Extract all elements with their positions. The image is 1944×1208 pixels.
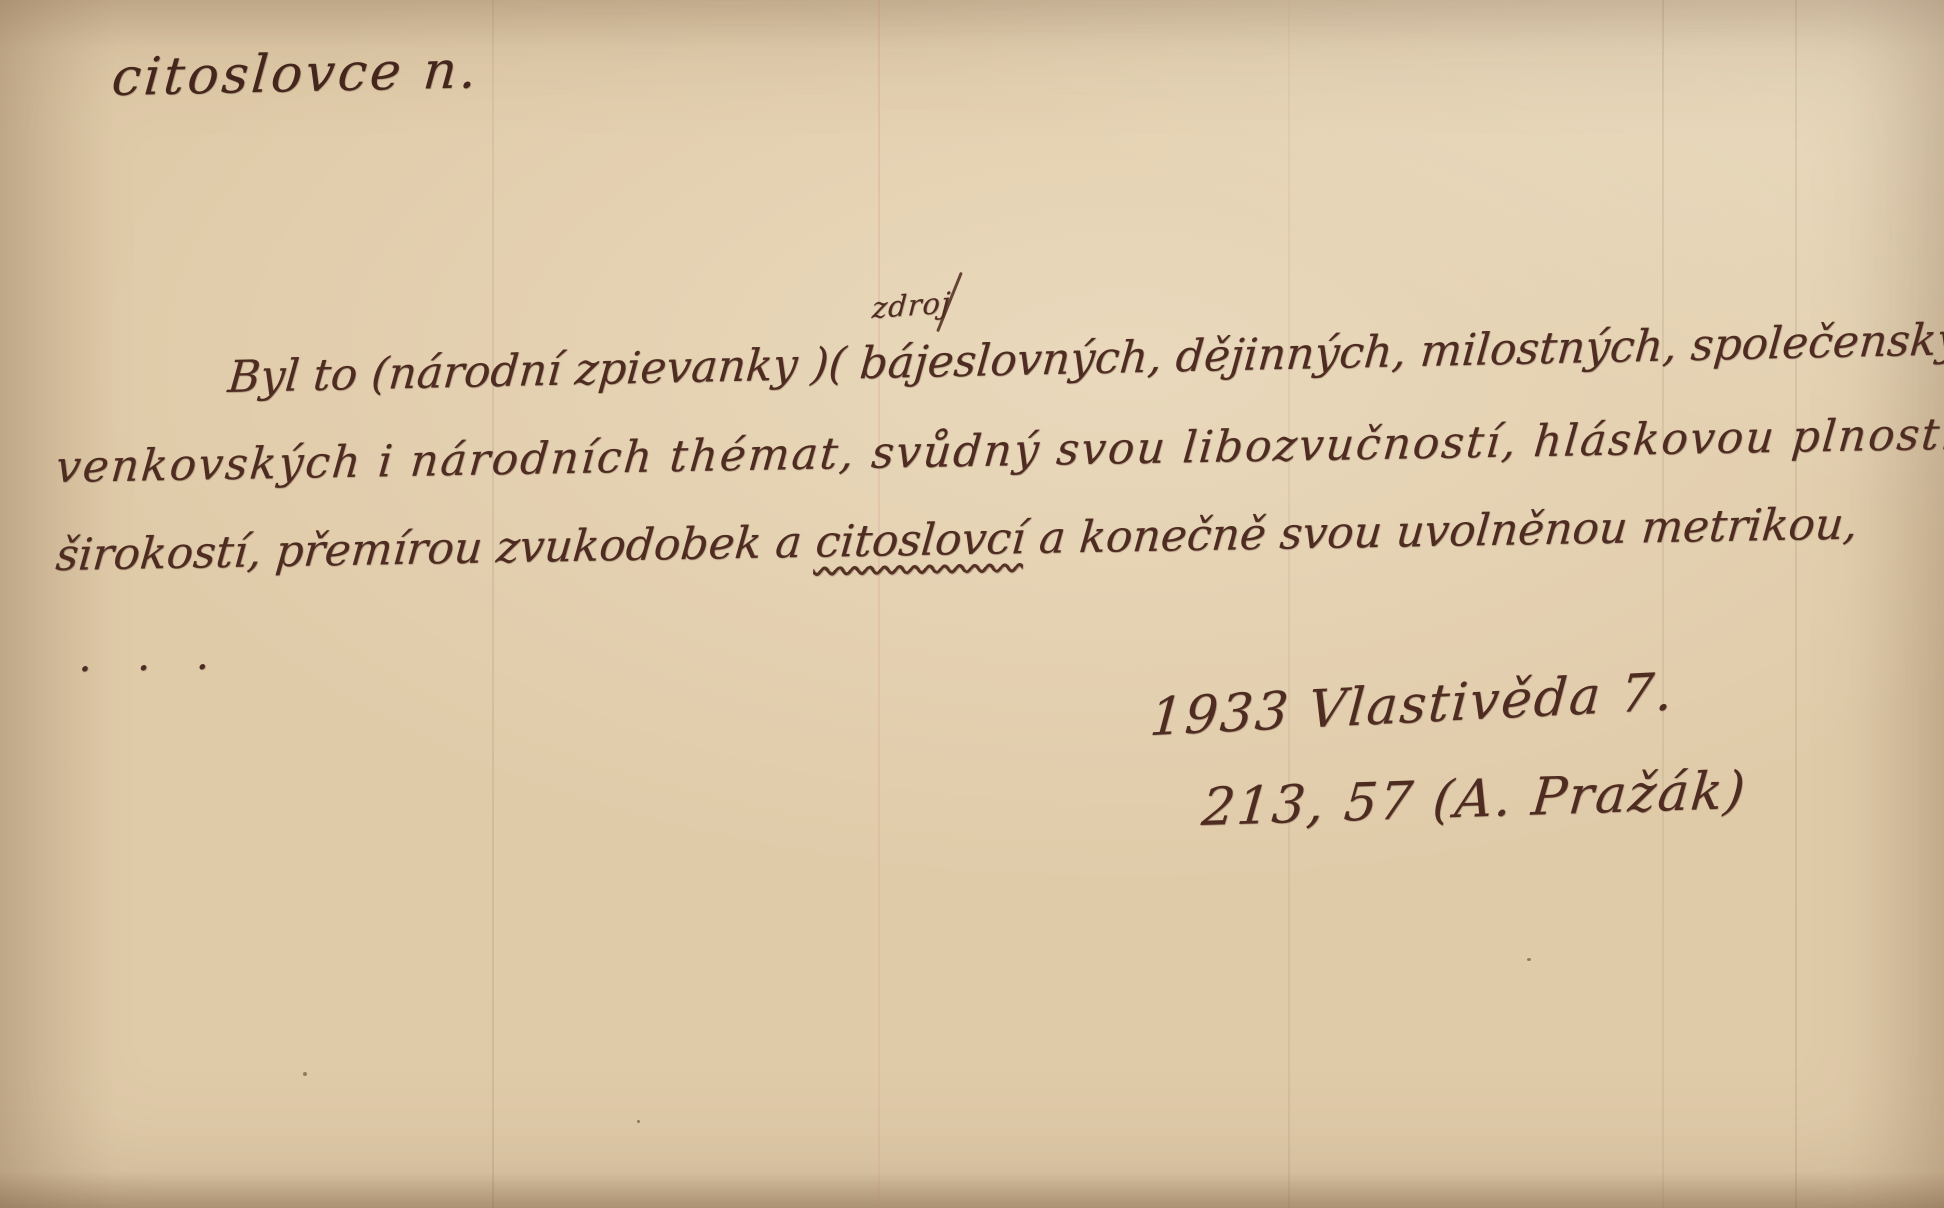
ink-speck: [1527, 958, 1531, 961]
superscript-insertion-note: zdroj: [871, 288, 952, 323]
card-heading: citoslovce n.: [110, 44, 482, 104]
body-line-3: širokostí, přemírou zvukodobek a citoslo…: [54, 503, 1859, 579]
citation-year-source: 1933 Vlastivěda 7.: [1148, 666, 1676, 744]
paper-crease: [1662, 0, 1664, 1208]
body-line-3-after: a konečně svou uvolněnou metrikou,: [1023, 499, 1860, 565]
ink-speck: [637, 1120, 640, 1123]
paper-crease: [1288, 0, 1290, 1208]
paper-crease: [492, 0, 494, 1208]
underlined-word-citoslovci: citoslovcí: [813, 513, 1027, 568]
body-line-1: Byl to (národní zpievanky )( bájeslovnýc…: [226, 317, 1944, 400]
body-line-3-before: širokostí, přemírou zvukodobek a: [54, 517, 818, 581]
paper-crease: [1795, 0, 1797, 1208]
body-line-2: venkovských i národních thémat, svůdný s…: [54, 412, 1944, 490]
ink-speck: [303, 1072, 307, 1076]
scanned-note-card: citoslovce n. zdroj Byl to (národní zpie…: [0, 0, 1944, 1208]
citation-pages-author: 213, 57 (A. Pražák): [1200, 765, 1749, 834]
ruled-margin-line: [878, 0, 880, 1208]
ellipsis-marks: . . .: [78, 633, 225, 678]
